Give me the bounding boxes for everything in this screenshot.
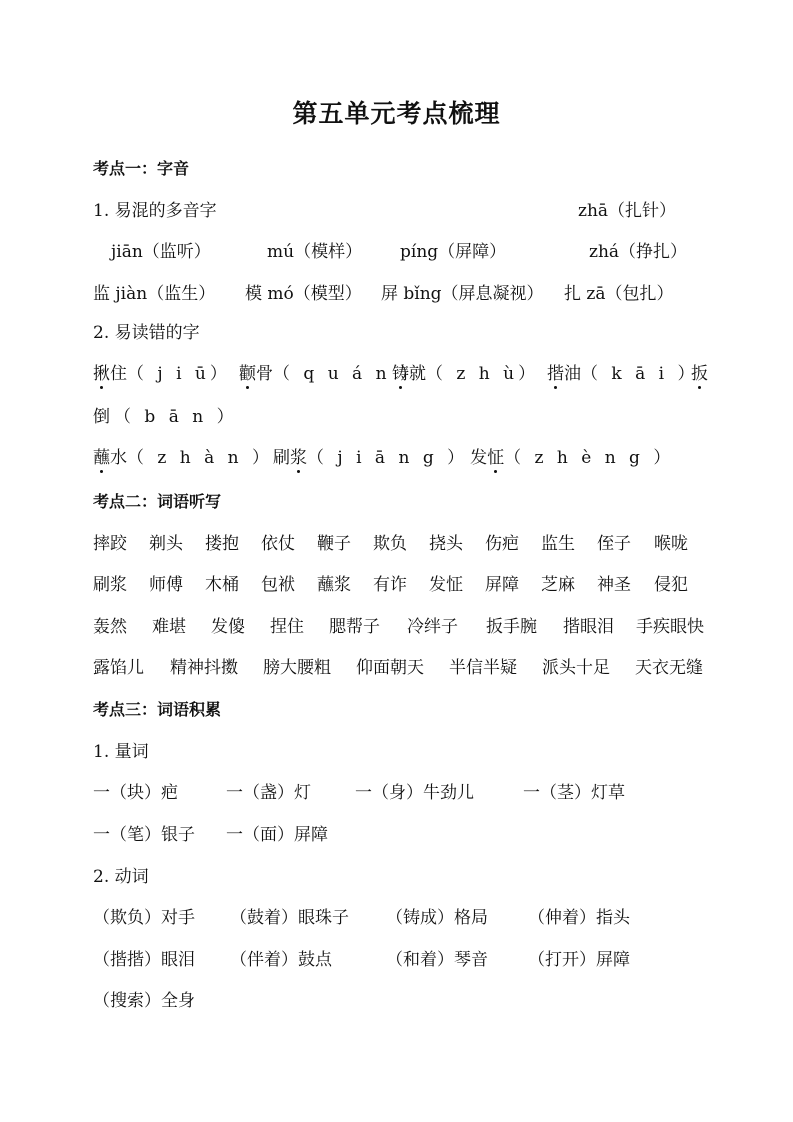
- subsection-label: 1. 易混的多音字: [93, 199, 217, 223]
- polyphone-item: zhā（扎针）: [578, 199, 676, 223]
- measure-word-item: 一（茎）灯草: [523, 781, 625, 805]
- dictation-word: 揩眼泪: [563, 615, 614, 639]
- dictation-word: 侵犯: [654, 573, 688, 597]
- dictation-word: 剃头: [149, 532, 183, 556]
- dictation-word: 鞭子: [317, 532, 351, 556]
- dictation-word: 半信半疑: [449, 656, 517, 680]
- measure-word-item: 一（块）疤: [93, 781, 178, 805]
- verb-item: （鼓着）眼珠子: [230, 906, 349, 930]
- verb-item: （和着）琴音: [386, 948, 488, 972]
- misread-item: 揩油（ k ā i ）: [547, 362, 699, 386]
- dictation-word: 发怔: [429, 573, 463, 597]
- subsection-label: 2. 动词: [93, 865, 149, 889]
- dictation-word: 冷绊子: [407, 615, 458, 639]
- misread-item: 扳: [691, 362, 708, 386]
- section-heading-pronunciation: 考点一：字音: [93, 157, 189, 181]
- dictation-word: 芝麻: [541, 573, 575, 597]
- section-heading-dictation: 考点二：词语听写: [93, 490, 221, 514]
- dictation-word: 膀大腰粗: [263, 656, 331, 680]
- misread-item: 揪住（ j i ū）: [93, 362, 231, 386]
- dictation-word: 神圣: [597, 573, 631, 597]
- dictation-word: 手疾眼快: [636, 615, 704, 639]
- page-title: 第五单元考点梳理: [0, 97, 793, 131]
- document-page: 第五单元考点梳理 考点一：字音 1. 易混的多音字 zhā（扎针） jiān（监…: [0, 0, 793, 1122]
- dictation-word: 难堪: [152, 615, 186, 639]
- verb-item: （伸着）指头: [528, 906, 630, 930]
- dictation-word: 有诈: [373, 573, 407, 597]
- subsection-label: 1. 量词: [93, 740, 149, 764]
- dictation-word: 挠头: [429, 532, 463, 556]
- polyphone-item: jiān（监听）: [111, 240, 211, 264]
- dictation-word: 露馅儿: [93, 656, 144, 680]
- verb-item: （打开）屏障: [528, 948, 630, 972]
- verb-item: （铸成）格局: [386, 906, 488, 930]
- dictation-word: 喉咙: [654, 532, 688, 556]
- dictation-word: 伤疤: [485, 532, 519, 556]
- verb-item: （揩揩）眼泪: [93, 948, 195, 972]
- dictation-word: 屏障: [485, 573, 519, 597]
- verb-item: （搜索）全身: [93, 989, 195, 1013]
- measure-word-item: 一（面）屏障: [226, 823, 328, 847]
- dictation-word: 发傻: [211, 615, 245, 639]
- verb-item: （欺负）对手: [93, 906, 195, 930]
- dictation-word: 欺负: [373, 532, 407, 556]
- dictation-word: 师傅: [149, 573, 183, 597]
- misread-item: 刷浆（ j i ā n g ）: [273, 448, 468, 468]
- dictation-word: 精神抖擞: [170, 656, 238, 680]
- polyphone-item: zhá（挣扎）: [589, 240, 687, 264]
- dictation-word: 刷浆: [93, 573, 127, 597]
- dictation-word: 摔跤: [93, 532, 127, 556]
- polyphone-item: 监 jiàn（监生）: [93, 282, 215, 306]
- dictation-word: 侄子: [597, 532, 631, 556]
- section-heading-vocabulary: 考点三：词语积累: [93, 698, 221, 722]
- misread-item-wrap: 倒（ b ā n ）: [93, 405, 238, 429]
- dictation-word: 腮帮子: [329, 615, 380, 639]
- dictation-word: 轰然: [93, 615, 127, 639]
- dictation-word: 仰面朝天: [356, 656, 424, 680]
- polyphone-item: 模 mó（模型）: [245, 282, 362, 306]
- subsection-label: 2. 易读错的字: [93, 321, 200, 345]
- polyphone-item: 扎 zā（包扎）: [564, 282, 674, 306]
- misread-item: 蘸水（ z h à n ）: [93, 448, 273, 468]
- measure-word-item: 一（笔）银子: [93, 823, 195, 847]
- dictation-word: 依仗: [261, 532, 295, 556]
- misread-item: 铸就（ z h ù）: [392, 362, 539, 386]
- dictation-word: 扳手腕: [486, 615, 537, 639]
- dictation-word: 蘸浆: [317, 573, 351, 597]
- misread-row-2: 蘸水（ z h à n ）刷浆（ j i ā n g ）发怔（ z h è n …: [93, 446, 674, 470]
- dictation-word: 天衣无缝: [635, 656, 703, 680]
- dictation-word: 包袱: [261, 573, 295, 597]
- verb-item: （伴着）鼓点: [230, 948, 332, 972]
- dictation-word: 捏住: [270, 615, 304, 639]
- polyphone-item: 屏 bǐng（屏息凝视）: [381, 282, 544, 306]
- measure-word-item: 一（盏）灯: [226, 781, 311, 805]
- polyphone-item: píng（屏障）: [400, 240, 506, 264]
- dictation-word: 监生: [541, 532, 575, 556]
- measure-word-item: 一（身）牛劲儿: [355, 781, 474, 805]
- misread-item: 发怔（ z h è n g ）: [470, 448, 674, 468]
- dictation-word: 派头十足: [542, 656, 610, 680]
- polyphone-item: mú（模样）: [267, 240, 362, 264]
- dictation-word: 搂抱: [205, 532, 239, 556]
- dictation-word: 木桶: [205, 573, 239, 597]
